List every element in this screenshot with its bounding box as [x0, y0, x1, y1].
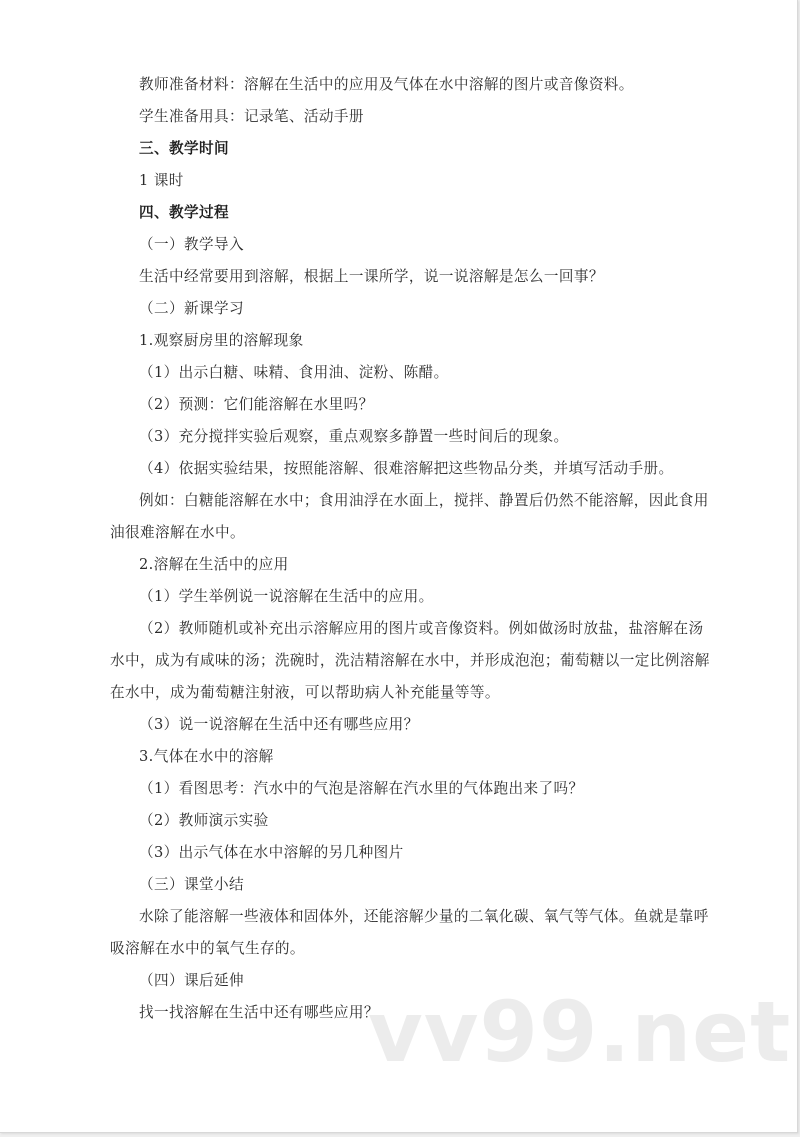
paragraph-line: 2.溶解在生活中的应用	[139, 555, 289, 575]
document-page: 教师准备材料：溶解在生活中的应用及气体在水中溶解的图片或音像资料。学生准备用具：…	[0, 0, 798, 1133]
paragraph-line: （2）教师演示实验	[139, 811, 269, 831]
paragraph-line: （一）教学导入	[139, 235, 244, 255]
paragraph-line: 生活中经常要用到溶解，根据上一课所学，说一说溶解是怎么一回事？	[139, 267, 604, 287]
paragraph-line: 学生准备用具：记录笔、活动手册	[139, 107, 364, 127]
paragraph-line: 水中，成为有咸味的汤；洗碗时，洗洁精溶解在水中，并形成泡泡；葡萄糖以一定比例溶解	[110, 651, 710, 671]
paragraph-line: 例如：白糖能溶解在水中；食用油浮在水面上，搅拌、静置后仍然不能溶解，因此食用	[139, 491, 709, 511]
paragraph-line: （二）新课学习	[139, 299, 244, 319]
paragraph-line: 水除了能溶解一些液体和固体外，还能溶解少量的二氧化碳、氧气等气体。鱼就是靠呼	[139, 907, 709, 927]
paragraph-line: 3.气体在水中的溶解	[139, 747, 274, 767]
paragraph-line: 找一找溶解在生活中还有哪些应用？	[139, 1003, 379, 1023]
paragraph-line: 教师准备材料：溶解在生活中的应用及气体在水中溶解的图片或音像资料。	[139, 75, 634, 95]
paragraph-line: （四）课后延伸	[139, 971, 244, 991]
paragraph-line: （3）出示气体在水中溶解的另几种图片	[139, 843, 404, 863]
paragraph-line: （三）课堂小结	[139, 875, 244, 895]
paragraph-line: （4）依据实验结果，按照能溶解、很难溶解把这些物品分类，并填写活动手册。	[139, 459, 673, 479]
paragraph-line: 油很难溶解在水中。	[110, 523, 245, 543]
paragraph-line: 吸溶解在水中的氧气生存的。	[110, 939, 305, 959]
paragraph-line: （1）出示白糖、味精、食用油、淀粉、陈醋。	[139, 363, 449, 383]
watermark: vv99.net	[368, 990, 791, 1074]
paragraph-line: （1）看图思考：汽水中的气泡是溶解在汽水里的气体跑出来了吗？	[139, 779, 584, 799]
section-heading: 三、教学时间	[139, 139, 229, 159]
paragraph-line: （3）说一说溶解在生活中还有哪些应用？	[139, 715, 419, 735]
section-heading: 四、教学过程	[139, 203, 229, 223]
paragraph-line: （3）充分搅拌实验后观察，重点观察多静置一些时间后的现象。	[139, 427, 569, 447]
paragraph-line: 在水中，成为葡萄糖注射液，可以帮助病人补充能量等等。	[110, 683, 500, 703]
paragraph-line: 1 课时	[139, 171, 184, 191]
paragraph-line: （2）教师随机或补充出示溶解应用的图片或音像资料。例如做汤时放盐，盐溶解在汤	[139, 619, 703, 639]
paragraph-line: 1.观察厨房里的溶解现象	[139, 331, 304, 351]
paragraph-line: （2）预测：它们能溶解在水里吗？	[139, 395, 374, 415]
paragraph-line: （1）学生举例说一说溶解在生活中的应用。	[139, 587, 434, 607]
